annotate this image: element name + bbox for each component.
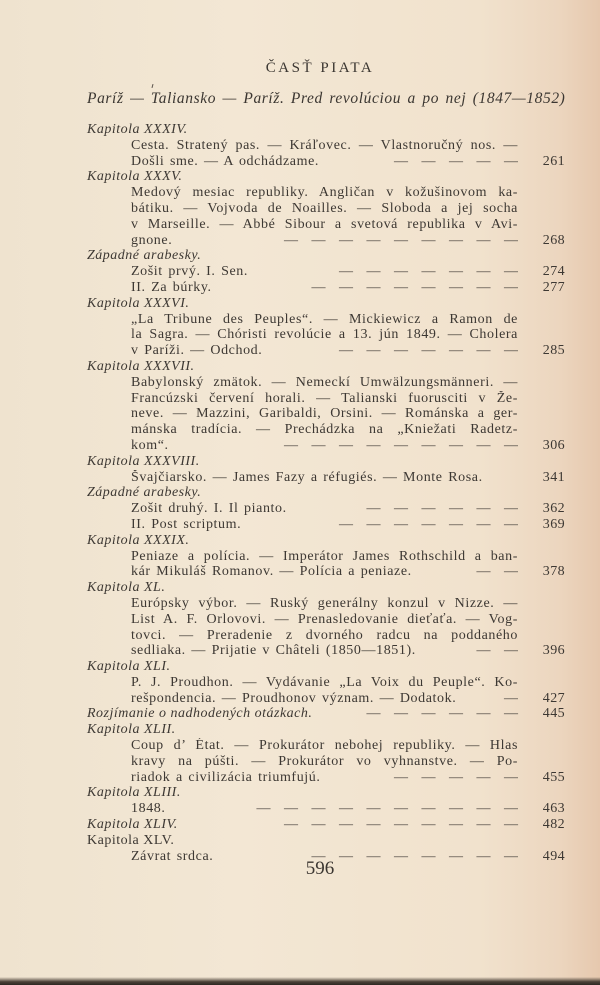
- toc-line-text-wrap: riadok a civilizácia triumfujú.— — — — —: [131, 770, 518, 786]
- toc-heading-text: Kapitola XLII.: [87, 722, 176, 738]
- toc-line: sedliaka. — Prijatie v Châteli (1850—185…: [87, 643, 565, 659]
- toc-line-text: mánska tradícia. — Prechádzka na „Knieža…: [131, 422, 518, 437]
- toc-line: rešpondencia. — Proudhonov význam. — Dod…: [87, 691, 565, 707]
- dot-leaders: — — — — — — — — —: [284, 817, 518, 833]
- toc-line: bátiku. — Vojvoda de Noailles. — Sloboda…: [87, 201, 565, 217]
- toc-heading: Kapitola XLIII.: [87, 785, 565, 801]
- toc-line-text-wrap: II. Za búrky.— — — — — — — —: [131, 280, 518, 296]
- toc-heading-text: Kapitola XLI.: [87, 659, 171, 675]
- toc-line-text-wrap: P. J. Proudhon. — Vydávanie „La Voix du …: [131, 675, 518, 691]
- toc-heading: Kapitola XXXIX.: [87, 533, 565, 549]
- toc-line-text-wrap: neve. — Mazzini, Garibaldi, Orsini. — Ro…: [131, 406, 518, 422]
- toc-page-number: 378: [525, 564, 565, 580]
- toc-line: v Paríži. — Odchod.— — — — — — —285: [87, 343, 565, 359]
- toc-line: tovci. — Preradenie z dvorného radcu na …: [87, 628, 565, 644]
- toc-line-text: Francúzski červení horali. — Talianski f…: [131, 391, 518, 406]
- toc-heading-text: Kapitola XXXIV.: [87, 122, 188, 138]
- toc-line-text-wrap: kom“.— — — — — — — — —: [131, 438, 518, 454]
- toc-heading: Kapitola XXXVI.: [87, 296, 565, 312]
- toc-line: v Marseille. — Abbé Sibour a svetová rep…: [87, 217, 565, 233]
- toc-page-number: 455: [525, 770, 565, 786]
- dot-leaders: — — — — — — —: [339, 517, 518, 533]
- toc-line-text: Zošit druhý. I. Il pianto.: [131, 501, 287, 517]
- toc-heading: Kapitola XL.: [87, 580, 565, 596]
- toc-line-text: riadok a civilizácia triumfujú.: [131, 770, 320, 786]
- toc-line-text-wrap: gnone.— — — — — — — — —: [131, 233, 518, 249]
- dot-leaders: — — — — — — — — — —: [257, 801, 519, 817]
- toc-line-text: tovci. — Preradenie z dvorného radcu na …: [131, 628, 518, 643]
- toc-line: 1848.— — — — — — — — — —463: [87, 801, 565, 817]
- toc-line-text: Medový mesiac republiky. Angličan v kožu…: [131, 185, 518, 200]
- toc-line: List A. F. Orlovovi. — Prenasledovanie d…: [87, 612, 565, 628]
- toc-line-text-wrap: II. Post scriptum.— — — — — — —: [131, 517, 518, 533]
- toc-line-text-wrap: mánska tradícia. — Prechádzka na „Knieža…: [131, 422, 518, 438]
- toc-page-number: 482: [525, 817, 565, 833]
- toc-line-text: neve. — Mazzini, Garibaldi, Orsini. — Ro…: [131, 406, 518, 421]
- dot-leaders: — — — — —: [394, 154, 518, 170]
- toc-line-text: v Marseille. — Abbé Sibour a svetová rep…: [131, 217, 518, 232]
- toc-line: Francúzski červení horali. — Talianski f…: [87, 391, 565, 407]
- toc-line: la Sagra. — Chóristi revolúcie a 13. jún…: [87, 327, 565, 343]
- toc-line-text: Babylonský zmätok. — Nemeckí Umwälzungsm…: [131, 375, 518, 390]
- toc-line-text: kom“.: [131, 438, 169, 454]
- toc-line-text-wrap: 1848.— — — — — — — — — —: [131, 801, 518, 817]
- toc-line-text: II. Post scriptum.: [131, 517, 241, 533]
- toc-line: kár Mikuláš Romanov. — Polícia a peniaze…: [87, 564, 565, 580]
- toc-line-text: kravy na púšti. — Prokurátor vo vyhnanst…: [131, 754, 518, 769]
- toc-heading-text: Rozjímanie o nadhodených otázkach.: [87, 706, 312, 722]
- toc-line: kom“.— — — — — — — — —306: [87, 438, 565, 454]
- table-of-contents: Kapitola XXXIV.Cesta. Stratený pas. — Kr…: [87, 122, 565, 864]
- toc-line-text: v Paríži. — Odchod.: [131, 343, 262, 359]
- dot-leaders: —: [504, 691, 518, 707]
- toc-line-text: gnone.: [131, 233, 172, 249]
- toc-line-text-wrap: Zošit druhý. I. Il pianto.— — — — — —: [131, 501, 518, 517]
- toc-line-text: Zošit prvý. I. Sen.: [131, 264, 248, 280]
- toc-heading-text: Kapitola XLV.: [87, 833, 174, 849]
- toc-heading-text: Kapitola XXXVII.: [87, 359, 195, 375]
- toc-line: Európsky výbor. — Ruský generálny konzul…: [87, 596, 565, 612]
- toc-line-text: Európsky výbor. — Ruský generálny konzul…: [131, 596, 518, 611]
- toc-page-number: 427: [525, 691, 565, 707]
- toc-line: Babylonský zmätok. — Nemeckí Umwälzungsm…: [87, 375, 565, 391]
- toc-line: Coup d’ État. — Prokurátor nebohej repub…: [87, 738, 565, 754]
- dot-leaders: — —: [477, 643, 519, 659]
- dot-leaders: — — — — — —: [367, 501, 519, 517]
- dot-leaders: — — — — — — — —: [312, 280, 519, 296]
- dot-leaders: — — — — — — —: [339, 264, 518, 280]
- toc-heading-text: Kapitola XL.: [87, 580, 165, 596]
- toc-page-number: 306: [525, 438, 565, 454]
- toc-line-text-wrap: kravy na púšti. — Prokurátor vo vyhnanst…: [131, 754, 518, 770]
- toc-line-text-wrap: Peniaze a polícia. — Imperátor James Rot…: [131, 549, 518, 565]
- toc-heading: Západné arabesky.: [87, 485, 565, 501]
- dot-leaders: — —: [477, 564, 519, 580]
- toc-heading: Západné arabesky.: [87, 248, 565, 264]
- toc-line: „La Tribune des Peuples“. — Mickiewicz a…: [87, 312, 565, 328]
- toc-line: II. Za búrky.— — — — — — — —277: [87, 280, 565, 296]
- toc-heading-text: Kapitola XXXIX.: [87, 533, 189, 549]
- toc-heading-text: Kapitola XXXVI.: [87, 296, 189, 312]
- toc-line-text-wrap: Európsky výbor. — Ruský generálny konzul…: [131, 596, 518, 612]
- toc-page-number: 261: [525, 154, 565, 170]
- toc-line: Došli sme. — A odchádzame.— — — — —261: [87, 154, 565, 170]
- toc-page-number: 463: [525, 801, 565, 817]
- toc-line-text: kár Mikuláš Romanov. — Polícia a peniaze…: [131, 564, 412, 580]
- toc-line-text: rešpondencia. — Proudhonov význam. — Dod…: [131, 691, 456, 707]
- toc-line-text: Švajčiarsko. — James Fazy a réfugiés. — …: [131, 470, 483, 486]
- toc-page-number: 362: [525, 501, 565, 517]
- toc-line-text: List A. F. Orlovovi. — Prenasledovanie d…: [131, 612, 518, 627]
- toc-line-text: sedliaka. — Prijatie v Châteli (1850—185…: [131, 643, 416, 659]
- toc-line-text-wrap: Coup d’ État. — Prokurátor nebohej repub…: [131, 738, 518, 754]
- toc-page-number: 445: [525, 706, 565, 722]
- toc-line: P. J. Proudhon. — Vydávanie „La Voix du …: [87, 675, 565, 691]
- part-title: ČASŤ PIATA: [0, 60, 600, 77]
- toc-line-text-wrap: Francúzski červení horali. — Talianski f…: [131, 391, 518, 407]
- toc-line-text-wrap: Zošit prvý. I. Sen.— — — — — — —: [131, 264, 518, 280]
- toc-heading: Kapitola XXXV.: [87, 169, 565, 185]
- toc-line: mánska tradícia. — Prechádzka na „Knieža…: [87, 422, 565, 438]
- toc-heading: Kapitola XLI.: [87, 659, 565, 675]
- toc-heading: Kapitola XXXVIII.: [87, 454, 565, 470]
- toc-line-text-wrap: v Paríži. — Odchod.— — — — — — —: [131, 343, 518, 359]
- toc-line-text: P. J. Proudhon. — Vydávanie „La Voix du …: [131, 675, 518, 690]
- toc-line-text-wrap: la Sagra. — Chóristi revolúcie a 13. jún…: [131, 327, 518, 343]
- toc-line-text: bátiku. — Vojvoda de Noailles. — Sloboda…: [131, 201, 518, 216]
- toc-heading: Rozjímanie o nadhodených otázkach.— — — …: [87, 706, 565, 722]
- toc-line-text-wrap: „La Tribune des Peuples“. — Mickiewicz a…: [131, 312, 518, 328]
- toc-heading: Kapitola XXXIV.: [87, 122, 565, 138]
- toc-line-text-wrap: Došli sme. — A odchádzame.— — — — —: [131, 154, 518, 170]
- toc-line-text-wrap: List A. F. Orlovovi. — Prenasledovanie d…: [131, 612, 518, 628]
- toc-page-number: 285: [525, 343, 565, 359]
- toc-line: Cesta. Stratený pas. — Kráľovec. — Vlast…: [87, 138, 565, 154]
- toc-line: gnone.— — — — — — — — —268: [87, 233, 565, 249]
- toc-heading-text: Západné arabesky.: [87, 485, 201, 501]
- part-subtitle: Paríž — Taliansko — Paríž. Pred revolúci…: [87, 90, 567, 108]
- toc-line-text-wrap: rešpondencia. — Proudhonov význam. — Dod…: [131, 691, 518, 707]
- dot-leaders: — — — — — —: [367, 706, 519, 722]
- toc-heading-text: Kapitola XLIII.: [87, 785, 181, 801]
- toc-page-number: 369: [525, 517, 565, 533]
- toc-line-text-wrap: Cesta. Stratený pas. — Kráľovec. — Vlast…: [131, 138, 518, 154]
- toc-line: neve. — Mazzini, Garibaldi, Orsini. — Ro…: [87, 406, 565, 422]
- toc-line: kravy na púšti. — Prokurátor vo vyhnanst…: [87, 754, 565, 770]
- toc-page-number: 341: [525, 470, 565, 486]
- toc-page-number: 274: [525, 264, 565, 280]
- toc-line-text-wrap: kár Mikuláš Romanov. — Polícia a peniaze…: [131, 564, 518, 580]
- toc-line: II. Post scriptum.— — — — — — —369: [87, 517, 565, 533]
- toc-line: Zošit prvý. I. Sen.— — — — — — —274: [87, 264, 565, 280]
- toc-page-number: 396: [525, 643, 565, 659]
- toc-line-text: „La Tribune des Peuples“. — Mickiewicz a…: [131, 312, 518, 327]
- toc-heading: Kapitola XLV.: [87, 833, 565, 849]
- toc-line-text: Peniaze a polícia. — Imperátor James Rot…: [131, 549, 518, 564]
- toc-page-number: 268: [525, 233, 565, 249]
- dot-leaders: — — — — — — — — —: [284, 438, 518, 454]
- toc-line: riadok a civilizácia triumfujú.— — — — —…: [87, 770, 565, 786]
- toc-line: Zošit druhý. I. Il pianto.— — — — — —362: [87, 501, 565, 517]
- toc-line-text: Došli sme. — A odchádzame.: [131, 154, 319, 170]
- toc-line-text-wrap: Babylonský zmätok. — Nemeckí Umwälzungsm…: [131, 375, 518, 391]
- toc-line-text-wrap: v Marseille. — Abbé Sibour a svetová rep…: [131, 217, 518, 233]
- dot-leaders: — — — — — — — — —: [284, 233, 518, 249]
- dot-leaders: — — — — — — —: [339, 343, 518, 359]
- toc-heading-text: Západné arabesky.: [87, 248, 201, 264]
- toc-line-text: la Sagra. — Chóristi revolúcie a 13. jún…: [131, 327, 518, 342]
- toc-line: Švajčiarsko. — James Fazy a réfugiés. — …: [87, 470, 565, 486]
- toc-heading: Kapitola XXXVII.: [87, 359, 565, 375]
- toc-page-number: 277: [525, 280, 565, 296]
- toc-line-text: Cesta. Stratený pas. — Kráľovec. — Vlast…: [131, 138, 518, 153]
- toc-heading: Kapitola XLII.: [87, 722, 565, 738]
- toc-line-text-wrap: Medový mesiac republiky. Angličan v kožu…: [131, 185, 518, 201]
- toc-line-text: 1848.: [131, 801, 166, 817]
- toc-heading-text: Kapitola XXXVIII.: [87, 454, 200, 470]
- dot-leaders: — — — — —: [394, 770, 518, 786]
- toc-line-text-wrap: sedliaka. — Prijatie v Châteli (1850—185…: [131, 643, 518, 659]
- toc-line-text-wrap: Švajčiarsko. — James Fazy a réfugiés. — …: [131, 470, 518, 486]
- toc-line-text-wrap: tovci. — Preradenie z dvorného radcu na …: [131, 628, 518, 644]
- page-number: 596: [0, 858, 600, 880]
- toc-line-text-wrap: bátiku. — Vojvoda de Noailles. — Sloboda…: [131, 201, 518, 217]
- toc-heading-text: Kapitola XLIV.: [87, 817, 178, 833]
- toc-line-text: II. Za búrky.: [131, 280, 212, 296]
- toc-heading: Kapitola XLIV.— — — — — — — — —482: [87, 817, 565, 833]
- ink-speck: [151, 84, 153, 88]
- page-bottom-edge: [0, 977, 600, 985]
- toc-heading-text: Kapitola XXXV.: [87, 169, 182, 185]
- toc-line: Peniaze a polícia. — Imperátor James Rot…: [87, 549, 565, 565]
- toc-line-text: Coup d’ État. — Prokurátor nebohej repub…: [131, 738, 518, 753]
- toc-line: Medový mesiac republiky. Angličan v kožu…: [87, 185, 565, 201]
